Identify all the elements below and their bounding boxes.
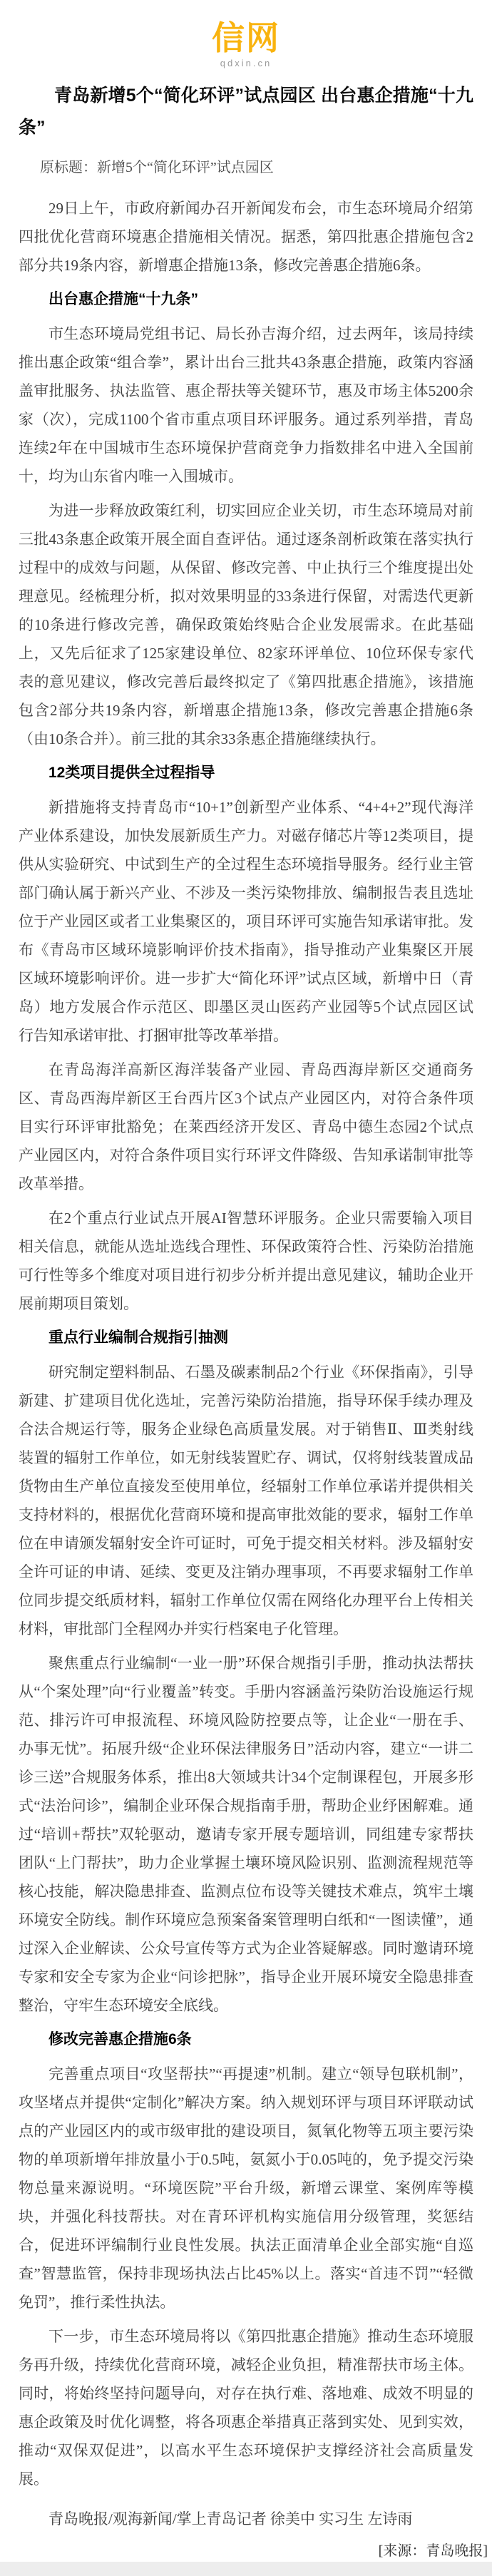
source-label: [来源：青岛晚报] bbox=[19, 2540, 488, 2562]
section-heading-guidance: 12类项目提供全过程指导 bbox=[19, 759, 473, 787]
site-domain-text: qdxin.cn bbox=[0, 58, 492, 68]
article-title: 青岛新增5个“简化环评”试点园区 出台惠企措施“十九条” bbox=[19, 80, 473, 144]
paragraph-next-steps: 下一步，市生态环境局将以《第四批惠企措施》推动生态环境服务再升级，持续优化营商环… bbox=[19, 2322, 473, 2493]
section-heading-compliance: 重点行业编制合规指引抽测 bbox=[19, 1324, 473, 1352]
section-heading-revisions: 修改完善惠企措施6条 bbox=[19, 2025, 473, 2054]
article-page: 信网 qdxin.cn 青岛新增5个“简化环评”试点园区 出台惠企措施“十九条”… bbox=[0, 0, 492, 2576]
paragraph-ai-eia: 在2个重点行业试点开展AI智慧环评服务。企业只需要输入项目相关信息，就能从选址选… bbox=[19, 1204, 473, 1318]
paragraph-self-review: 为进一步释放政策红利，切实回应企业关切，市生态环境局对前三批43条惠企政策开展全… bbox=[19, 496, 473, 753]
paragraph-track-record: 市生态环境局党组书记、局长孙吉海介绍，过去两年，该局持续推出惠企政策“组合拳”，… bbox=[19, 320, 473, 491]
original-title: 原标题：新增5个“简化环评”试点园区 bbox=[19, 157, 473, 178]
article-body: 29日上午，市政府新闻办召开新闻发布会，市生态环境局介绍第四批优化营商环境惠企措… bbox=[19, 188, 473, 2499]
byline: 青岛晚报/观海新闻/掌上青岛记者 徐美中 实习生 左诗雨 bbox=[19, 2505, 473, 2533]
paragraph-handbooks: 聚焦重点行业编制“一业一册”环保合规指引手册，推动执法帮扶从“个案处理”向“行业… bbox=[19, 1649, 473, 2020]
paragraph-intro: 29日上午，市政府新闻办召开新闻发布会，市生态环境局介绍第四批优化营商环境惠企措… bbox=[19, 194, 473, 280]
footer-bar bbox=[0, 2562, 492, 2576]
section-heading-measures: 出台惠企措施“十九条” bbox=[19, 285, 473, 314]
paragraph-industry-guides: 研究制定塑料制品、石墨及碳素制品2个行业《环保指南》，引导新建、扩建项目优化选址… bbox=[19, 1358, 473, 1643]
site-logo[interactable]: 信网 bbox=[212, 21, 280, 54]
paragraph-new-measures: 新措施将支持青岛市“10+1”创新型产业体系、“4+4+2”现代海洋产业体系建设… bbox=[19, 793, 473, 1050]
paragraph-revised-measures: 完善重点项目“攻坚帮扶”“再提速”机制。建立“领导包联机制”，攻坚堵点并提供“定… bbox=[19, 2060, 473, 2316]
paragraph-pilot-parks: 在青岛海洋高新区海洋装备产业园、青岛西海岸新区交通商务区、青岛西海岸新区王台西片… bbox=[19, 1056, 473, 1198]
site-header: 信网 qdxin.cn bbox=[0, 0, 492, 68]
